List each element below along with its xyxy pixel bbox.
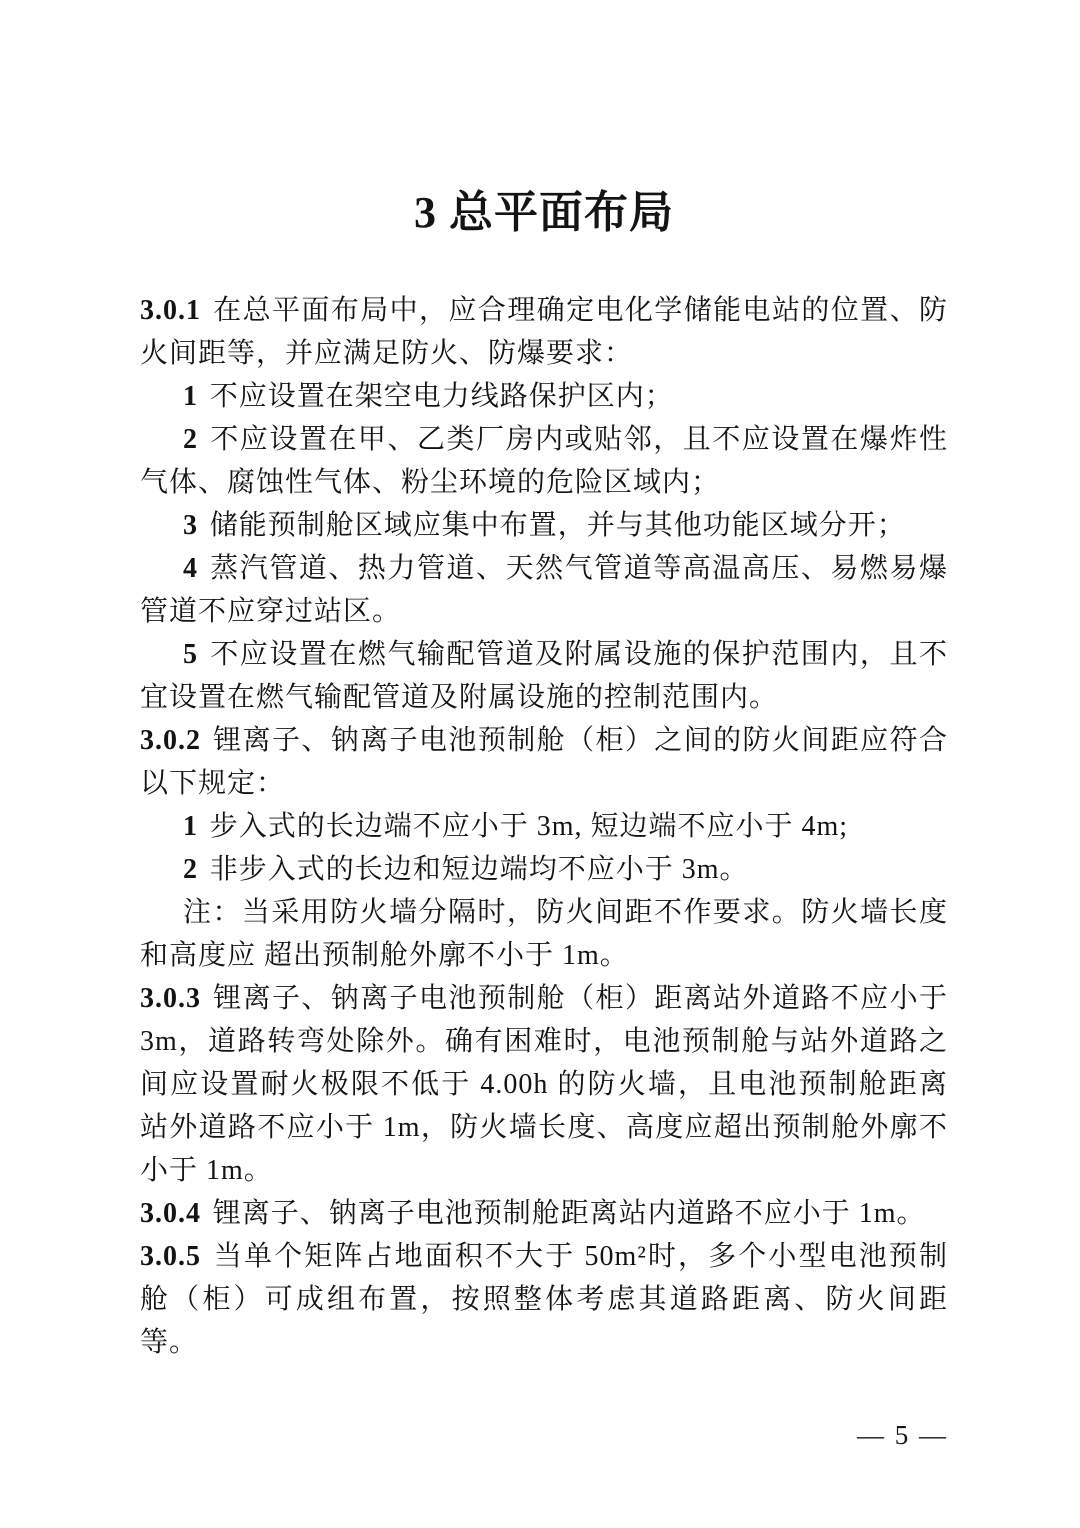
sub-item-1: 1不应设置在架空电力线路保护区内； [140, 375, 948, 418]
clause-3-0-3: 3.0.3锂离子、钠离子电池预制舱（柜）距离站外道路不应小于 3m，道路转弯处除… [140, 977, 948, 1192]
document-body: 3 总平面布局 3.0.1在总平面布局中，应合理确定电化学储能电站的位置、防火间… [140, 188, 948, 1364]
sub-item-3: 3储能预制舱区域应集中布置，并与其他功能区域分开； [140, 504, 948, 547]
item-text: 不应设置在架空电力线路保护区内； [210, 381, 674, 412]
sub-item-4: 4蒸汽管道、热力管道、天然气管道等高温高压、易燃易爆管道不应穿过站区。 [140, 547, 948, 633]
clause-3-0-1: 3.0.1在总平面布局中，应合理确定电化学储能电站的位置、防火间距等，并应满足防… [140, 289, 948, 375]
clause-3-0-4: 3.0.4锂离子、钠离子电池预制舱距离站内道路不应小于 1m。 [140, 1192, 948, 1235]
clause-number: 3.0.4 [140, 1198, 201, 1229]
item-text: 非步入式的长边和短边端均不应小于 3m。 [210, 854, 749, 885]
clause-number: 3.0.3 [140, 983, 201, 1014]
clause-text: 锂离子、钠离子电池预制舱（柜）距离站外道路不应小于 3m，道路转弯处除外。确有困… [140, 983, 948, 1186]
page-number: — 5 — [140, 1420, 948, 1451]
sub-item-1: 1步入式的长边端不应小于 3m, 短边端不应小于 4m; [140, 805, 948, 848]
item-number: 1 [183, 381, 198, 412]
item-text: 不应设置在燃气输配管道及附属设施的保护范围内，且不宜设置在燃气输配管道及附属设施… [140, 639, 948, 713]
item-number: 1 [183, 811, 198, 842]
item-number: 4 [183, 553, 198, 584]
document-page: 3 总平面布局 3.0.1在总平面布局中，应合理确定电化学储能电站的位置、防火间… [0, 0, 1080, 1528]
clause-text: 当单个矩阵占地面积不大于 50m²时，多个小型电池预制舱（柜）可成组布置，按照整… [140, 1241, 948, 1358]
clause-text: 锂离子、钠离子电池预制舱（柜）之间的防火间距应符合以下规定： [140, 725, 948, 799]
sub-item-2: 2非步入式的长边和短边端均不应小于 3m。 [140, 848, 948, 891]
chapter-title: 3 总平面布局 [140, 188, 948, 239]
item-number: 3 [183, 510, 198, 541]
clause-number: 3.0.1 [140, 295, 201, 326]
clause-text: 锂离子、钠离子电池预制舱距离站内道路不应小于 1m。 [213, 1198, 926, 1229]
note-paragraph: 注：当采用防火墙分隔时，防火间距不作要求。防火墙长度和高度应 超出预制舱外廓不小… [140, 891, 948, 977]
item-text: 储能预制舱区域应集中布置，并与其他功能区域分开； [210, 510, 906, 541]
item-text: 不应设置在甲、乙类厂房内或贴邻，且不应设置在爆炸性气体、腐蚀性气体、粉尘环境的危… [140, 424, 948, 498]
clause-number: 3.0.2 [140, 725, 201, 756]
sub-item-5: 5不应设置在燃气输配管道及附属设施的保护范围内，且不宜设置在燃气输配管道及附属设… [140, 633, 948, 719]
item-text: 步入式的长边端不应小于 3m, 短边端不应小于 4m; [210, 811, 848, 842]
note-text: 当采用防火墙分隔时，防火间距不作要求。防火墙长度和高度应 超出预制舱外廓不小于 … [140, 897, 948, 971]
clause-3-0-5: 3.0.5当单个矩阵占地面积不大于 50m²时，多个小型电池预制舱（柜）可成组布… [140, 1235, 948, 1364]
item-number: 2 [183, 424, 198, 455]
item-number: 2 [183, 854, 198, 885]
clause-3-0-2: 3.0.2锂离子、钠离子电池预制舱（柜）之间的防火间距应符合以下规定： [140, 719, 948, 805]
clause-number: 3.0.5 [140, 1241, 201, 1272]
item-text: 蒸汽管道、热力管道、天然气管道等高温高压、易燃易爆管道不应穿过站区。 [140, 553, 948, 627]
note-label: 注： [183, 897, 242, 928]
clause-text: 在总平面布局中，应合理确定电化学储能电站的位置、防火间距等，并应满足防火、防爆要… [140, 295, 948, 369]
sub-item-2: 2不应设置在甲、乙类厂房内或贴邻，且不应设置在爆炸性气体、腐蚀性气体、粉尘环境的… [140, 418, 948, 504]
item-number: 5 [183, 639, 198, 670]
